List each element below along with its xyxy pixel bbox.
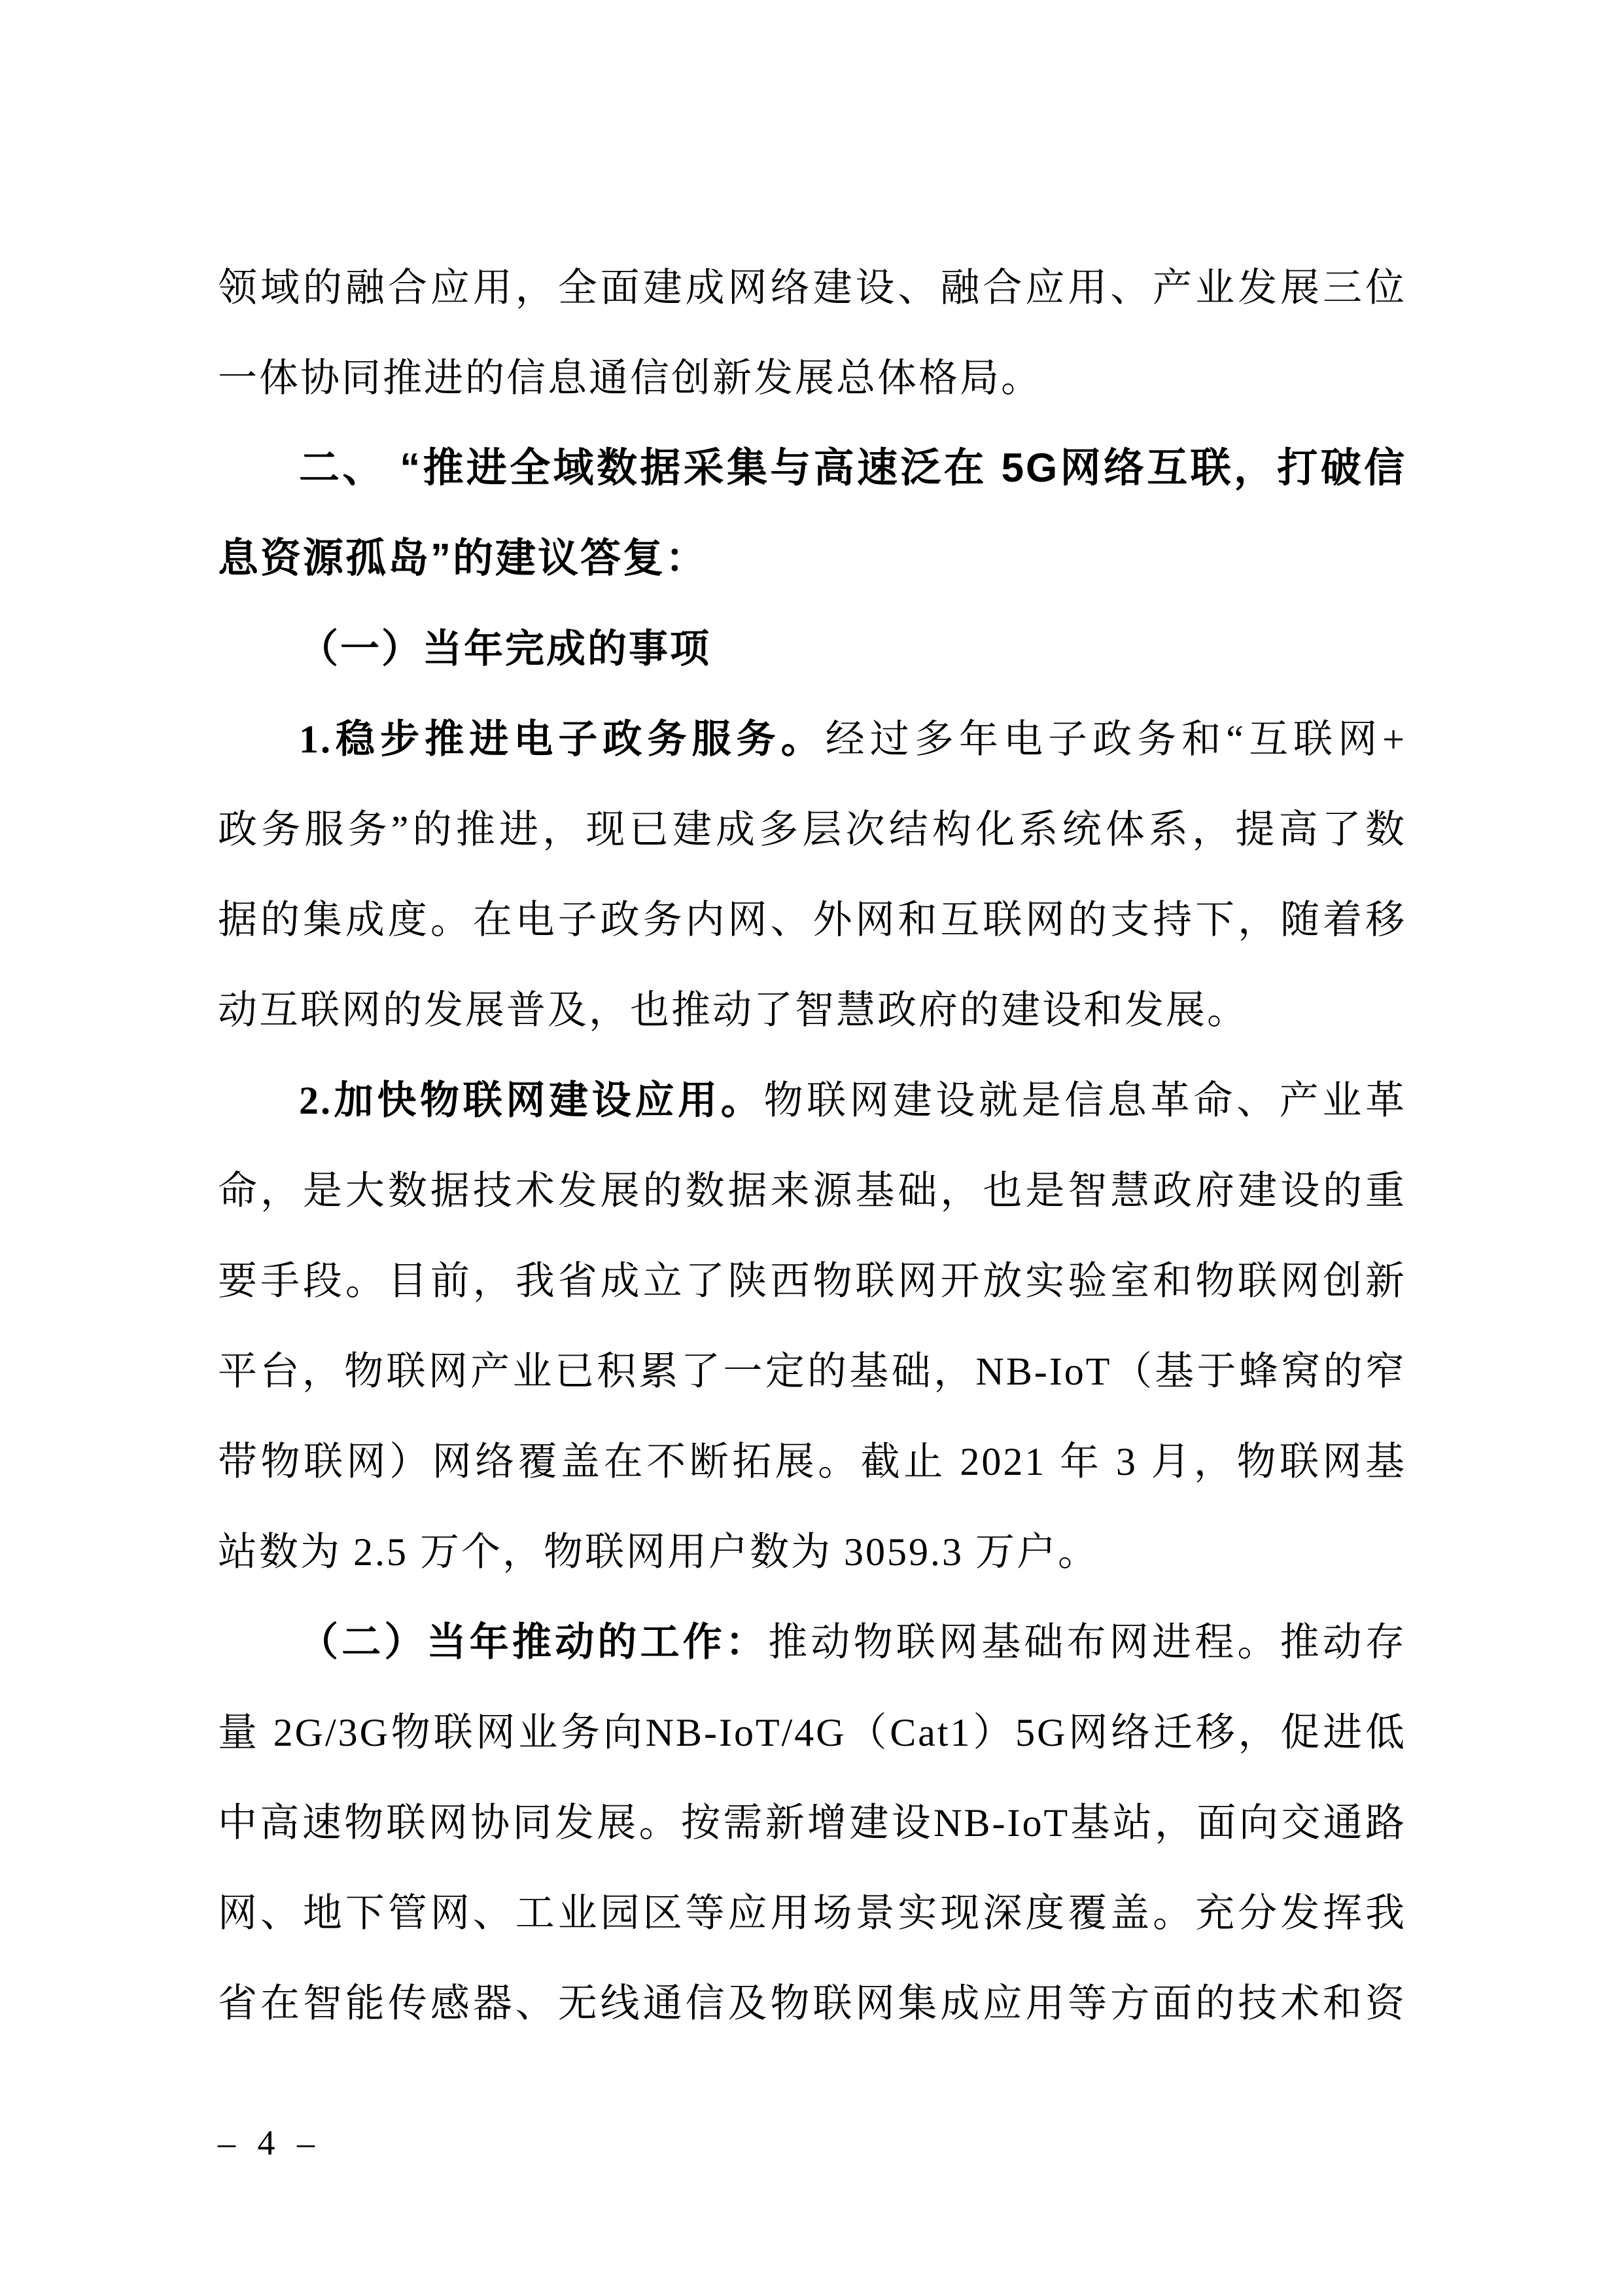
text-segment-body: 命，是大数据技术发展的数据来源基础，也是智慧政府建设的重 <box>218 1169 1406 1212</box>
text-line: 命，是大数据技术发展的数据来源基础，也是智慧政府建设的重 <box>218 1146 1406 1236</box>
text-segment-body: 领域的融合应用，全面建成网络建设、融合应用、产业发展三位 <box>218 266 1406 309</box>
text-line: 动互联网的发展普及，也推动了智慧政府的建设和发展。 <box>218 965 1406 1055</box>
text-segment-body: 省在智能传感器、无线通信及物联网集成应用等方面的技术和资 <box>218 1982 1406 2025</box>
text-segment-body: 中高速物联网协同发展。按需新增建设NB-IoT基站，面向交通路 <box>218 1801 1406 1845</box>
text-line: 领域的融合应用，全面建成网络建设、融合应用、产业发展三位 <box>218 243 1406 333</box>
text-segment-lead: 2.加快物联网建设应用。 <box>299 1079 763 1122</box>
text-segment-lead: 1.稳步推进电子政务服务。 <box>299 718 826 761</box>
text-segment-body: 要手段。目前，我省成立了陕西物联网开放实验室和物联网创新 <box>218 1260 1406 1303</box>
text-segment-heading: 二、 “推进全域数据采集与高速泛在 5G网络互联，打破信 <box>299 446 1406 491</box>
text-line: 省在智能传感器、无线通信及物联网集成应用等方面的技术和资 <box>218 1958 1406 2049</box>
text-line: 2.加快物联网建设应用。物联网建设就是信息革命、产业革 <box>218 1055 1406 1146</box>
text-line: 据的集成度。在电子政务内网、外网和互联网的支持下，随着移 <box>218 875 1406 965</box>
text-segment-body: 推动物联网基础布网进程。推动存 <box>768 1621 1406 1664</box>
text-line: 站数为 2.5 万个，物联网用户数为 3059.3 万户。 <box>218 1507 1406 1597</box>
text-segment-body: 政务服务”的推进，现已建成多层次结构化系统体系，提高了数 <box>218 808 1406 851</box>
body-text: 领域的融合应用，全面建成网络建设、融合应用、产业发展三位一体协同推进的信息通信创… <box>218 243 1406 2049</box>
text-segment-heading: 息资源孤岛”的建议答复： <box>218 536 708 581</box>
document-page: 领域的融合应用，全面建成网络建设、融合应用、产业发展三位一体协同推进的信息通信创… <box>0 0 1623 2296</box>
text-line: 要手段。目前，我省成立了陕西物联网开放实验室和物联网创新 <box>218 1236 1406 1326</box>
text-line: （一）当年完成的事项 <box>218 604 1406 694</box>
text-line: 量 2G/3G物联网业务向NB-IoT/4G（Cat1）5G网络迁移，促进低 <box>218 1687 1406 1778</box>
text-line: 一体协同推进的信息通信创新发展总体格局。 <box>218 333 1406 423</box>
text-segment-body: 站数为 2.5 万个，物联网用户数为 3059.3 万户。 <box>218 1530 1099 1574</box>
text-line: 平台，物联网产业已积累了一定的基础，NB-IoT（基于蜂窝的窄 <box>218 1326 1406 1417</box>
text-line: 带物联网）网络覆盖在不断拓展。截止 2021 年 3 月，物联网基 <box>218 1417 1406 1507</box>
text-segment-body: 物联网建设就是信息革命、产业革 <box>763 1079 1406 1122</box>
text-line: 息资源孤岛”的建议答复： <box>218 514 1406 604</box>
text-segment-lead: （二）当年推动的工作： <box>299 1621 768 1664</box>
page-number: – 4 – <box>218 2120 321 2166</box>
text-line: 政务服务”的推进，现已建成多层次结构化系统体系，提高了数 <box>218 785 1406 875</box>
text-segment-body: 网、地下管网、工业园区等应用场景实现深度覆盖。充分发挥我 <box>218 1892 1406 1935</box>
text-segment-body: 动互联网的发展普及，也推动了智慧政府的建设和发展。 <box>218 989 1248 1032</box>
text-line: 网、地下管网、工业园区等应用场景实现深度覆盖。充分发挥我 <box>218 1868 1406 1958</box>
text-segment-kai: （一）当年完成的事项 <box>299 627 711 671</box>
text-line: 1.稳步推进电子政务服务。经过多年电子政务和“互联网+ <box>218 694 1406 785</box>
text-segment-body: 平台，物联网产业已积累了一定的基础，NB-IoT（基于蜂窝的窄 <box>218 1350 1406 1393</box>
text-segment-body: 据的集成度。在电子政务内网、外网和互联网的支持下，随着移 <box>218 898 1406 942</box>
text-segment-body: 经过多年电子政务和“互联网+ <box>826 718 1406 761</box>
text-segment-body: 带物联网）网络覆盖在不断拓展。截止 2021 年 3 月，物联网基 <box>218 1440 1406 1483</box>
text-segment-body: 一体协同推进的信息通信创新发展总体格局。 <box>218 357 1042 400</box>
text-line: （二）当年推动的工作：推动物联网基础布网进程。推动存 <box>218 1597 1406 1687</box>
text-segment-body: 量 2G/3G物联网业务向NB-IoT/4G（Cat1）5G网络迁移，促进低 <box>218 1711 1406 1754</box>
text-line: 二、 “推进全域数据采集与高速泛在 5G网络互联，打破信 <box>218 423 1406 514</box>
text-line: 中高速物联网协同发展。按需新增建设NB-IoT基站，面向交通路 <box>218 1778 1406 1868</box>
